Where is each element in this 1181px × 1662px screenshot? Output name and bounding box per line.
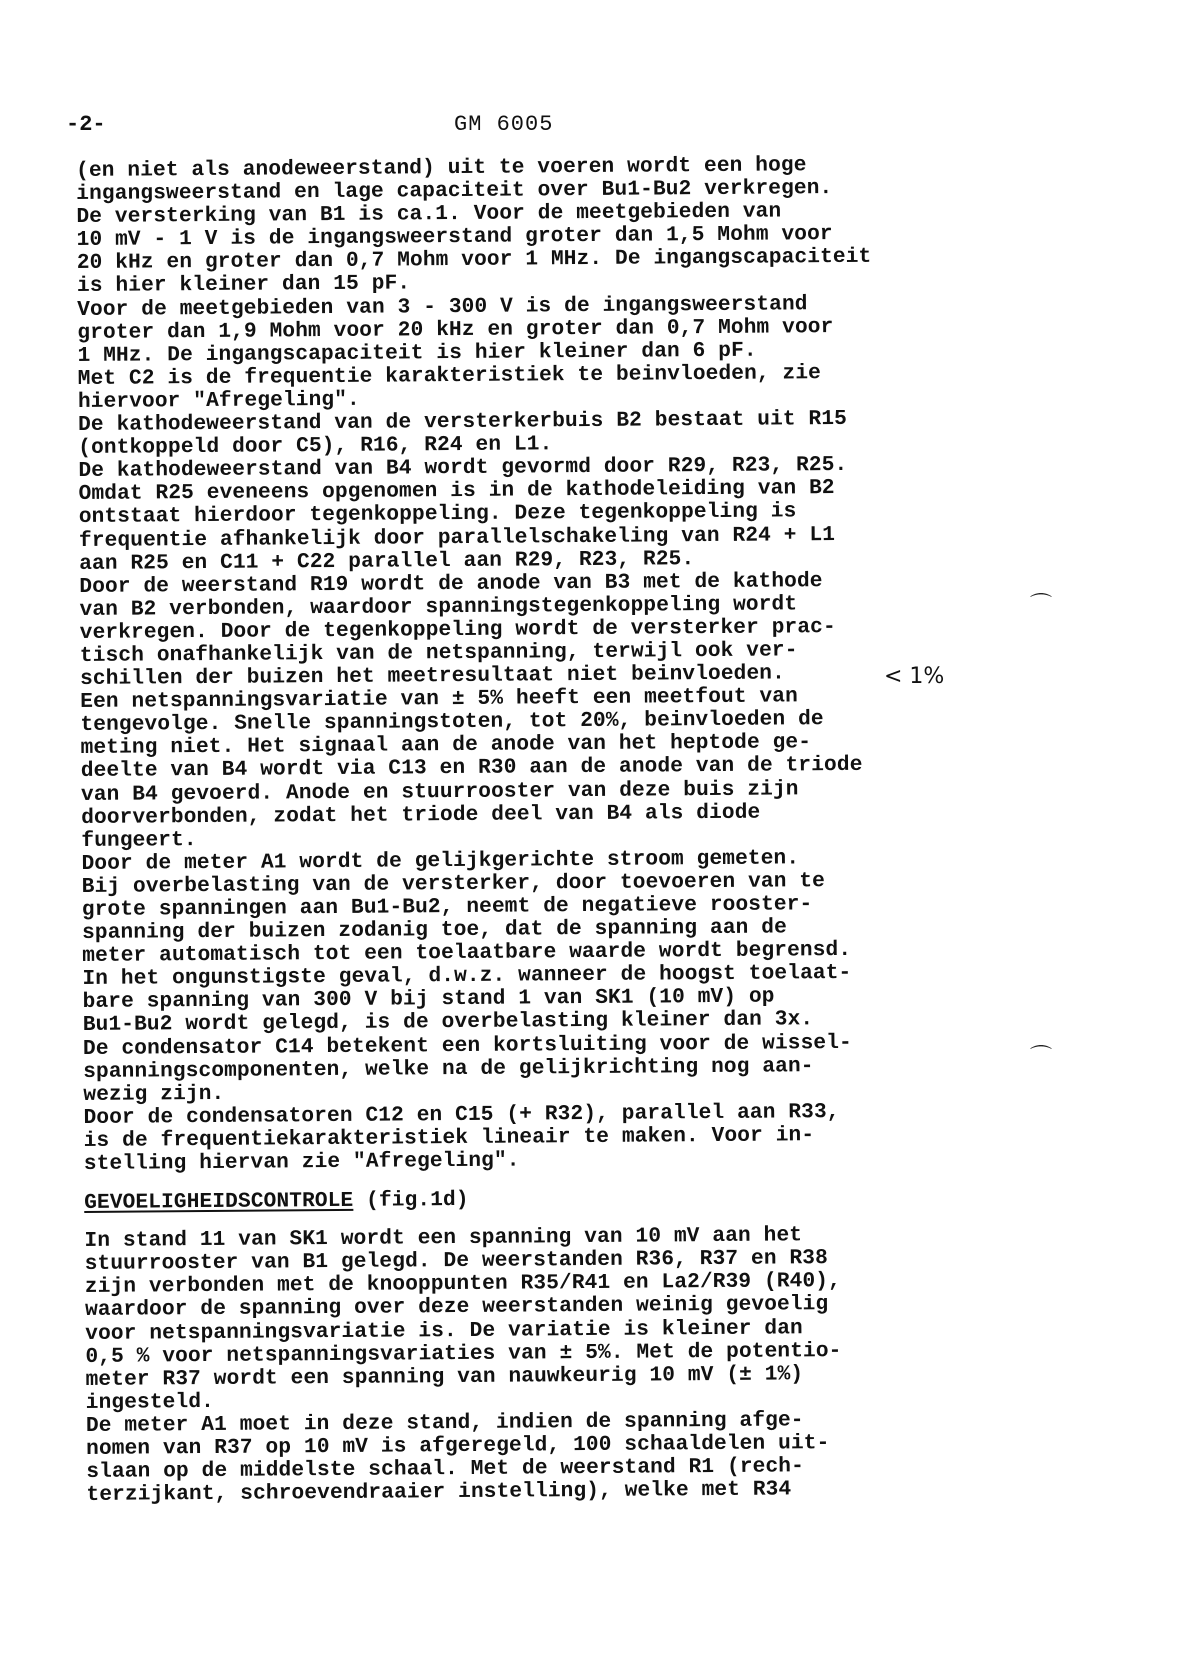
body-text: (en niet als anodeweerstand) uit te voer…	[76, 153, 1007, 1507]
text-line: terzijkant, schroevendraaier instelling)…	[86, 1477, 1006, 1507]
paragraph-block-2: In stand 11 van SK1 wordt een spanning v…	[84, 1223, 1006, 1507]
document-code: GM 6005	[454, 112, 553, 137]
page-number: -2-	[66, 112, 106, 137]
page-header: -2- GM 6005	[66, 112, 966, 142]
binder-hole-mark-icon: ⌒	[1030, 1040, 1052, 1071]
handwritten-annotation: < 1%	[884, 664, 944, 689]
section-figure-ref: (fig.1d)	[353, 1188, 469, 1213]
binder-hole-mark-icon: ⌒	[1030, 588, 1052, 619]
paragraph-block-1: (en niet als anodeweerstand) uit te voer…	[76, 153, 1004, 1176]
section-title: GEVOELIGHEIDSCONTROLE	[84, 1189, 353, 1215]
document-page: -2- GM 6005 (en niet als anodeweerstand)…	[0, 0, 1181, 1662]
